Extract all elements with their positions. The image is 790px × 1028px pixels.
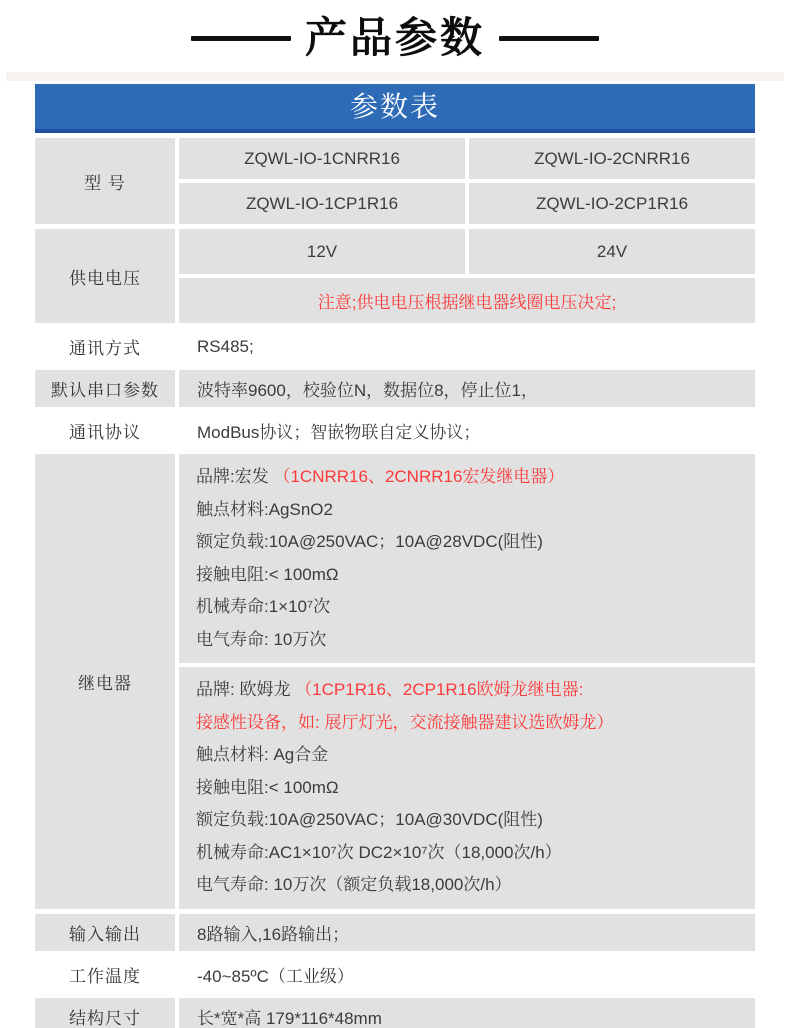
row-io: 输入输出 8路输入,16路输出； [35,914,755,951]
serial-params-value: 波特率9600，校验位N，数据位8，停止位1， [179,370,755,407]
model-cell-2cp1r16: ZQWL-IO-2CP1R16 [469,183,755,224]
relay-spec-line: 额定负载:10A@250VAC；10A@28VDC(阻性) [196,526,745,559]
relay-spec-line: 触点材料:AgSnO2 [196,494,745,527]
temperature-value: -40~85ºC（工业级） [179,956,755,993]
voltage-row-label: 供电电压 [35,229,175,323]
relay-brand-note: （1CP1R16、2CP1R16欧姆龙继电器: [295,680,583,699]
product-params-page: 产品参数 参数表 型 号 ZQWL-IO-1CNRR16 ZQWL-IO-2CN… [0,0,790,1028]
protocol-label: 通讯协议 [35,412,175,449]
relay-section-hongfa: 品牌:宏发 （1CNRR16、2CNRR16宏发继电器） 触点材料:AgSnO2… [179,454,755,663]
row-dimensions: 结构尺寸 长*宽*高 179*116*48mm [35,998,755,1028]
model-cell-1cp1r16: ZQWL-IO-1CP1R16 [179,183,465,224]
comm-method-label: 通讯方式 [35,328,175,365]
relay-brand-note-2: 接感性设备，如: 展厅灯光，交流接触器建议选欧姆龙） [196,707,745,740]
relay-spec-line: 额定负载:10A@250VAC；10A@30VDC(阻性) [196,804,745,837]
model-cell-1cnrr16: ZQWL-IO-1CNRR16 [179,138,465,179]
page-title: 产品参数 [305,14,485,62]
row-comm-method: 通讯方式 RS485; [35,328,755,365]
protocol-value: ModBus协议；智嵌物联自定义协议； [179,412,755,449]
table-header: 参数表 [35,84,755,133]
row-model: 型 号 ZQWL-IO-1CNRR16 ZQWL-IO-2CNRR16 ZQWL… [35,138,755,224]
relay-brand: 品牌: 欧姆龙 [196,680,290,699]
voltage-cell-24v: 24V [469,229,755,274]
voltage-warning-note: 注意;供电电压根据继电器线圈电压决定; [179,278,755,323]
relay-spec-line: 接触电阻:< 100mΩ [196,559,745,592]
dimensions-label: 结构尺寸 [35,998,175,1028]
row-relay: 继电器 品牌:宏发 （1CNRR16、2CNRR16宏发继电器） 触点材料:Ag… [35,454,755,909]
title-dash-right [499,36,599,41]
model-cell-2cnrr16: ZQWL-IO-2CNRR16 [469,138,755,179]
serial-params-label: 默认串口参数 [35,370,175,407]
relay-row-label: 继电器 [35,454,175,909]
spec-table: 参数表 型 号 ZQWL-IO-1CNRR16 ZQWL-IO-2CNRR16 … [35,84,755,1028]
page-title-block: 产品参数 [0,0,790,64]
row-serial-params: 默认串口参数 波特率9600，校验位N，数据位8，停止位1， [35,370,755,407]
relay-brand-line: 品牌:宏发 （1CNRR16、2CNRR16宏发继电器） [196,461,745,494]
relay-spec-line: 接触电阻:< 100mΩ [196,772,745,805]
row-protocol: 通讯协议 ModBus协议；智嵌物联自定义协议； [35,412,755,449]
model-row-label: 型 号 [35,138,175,224]
relay-section-omron: 品牌: 欧姆龙 （1CP1R16、2CP1R16欧姆龙继电器: 接感性设备，如:… [179,667,755,909]
io-value: 8路输入,16路输出； [179,914,755,951]
relay-brand: 品牌:宏发 [196,467,269,486]
voltage-cell-12v: 12V [179,229,465,274]
relay-spec-line: 电气寿命: 10万次（额定负载18,000次/h） [196,869,745,902]
row-temperature: 工作温度 -40~85ºC（工业级） [35,956,755,993]
section-divider-band [6,72,784,81]
relay-brand-note: （1CNRR16、2CNRR16宏发继电器） [273,467,564,486]
temperature-label: 工作温度 [35,956,175,993]
io-label: 输入输出 [35,914,175,951]
comm-method-value: RS485; [179,328,755,365]
row-voltage: 供电电压 12V 24V 注意;供电电压根据继电器线圈电压决定; [35,229,755,323]
relay-sections: 品牌:宏发 （1CNRR16、2CNRR16宏发继电器） 触点材料:AgSnO2… [179,454,755,909]
relay-spec-line: 电气寿命: 10万次 [196,624,745,657]
relay-spec-line: 触点材料: Ag合金 [196,739,745,772]
relay-spec-line: 机械寿命:1×10⁷次 [196,591,745,624]
title-dash-left [191,36,291,41]
relay-spec-line: 机械寿命:AC1×10⁷次 DC2×10⁷次（18,000次/h） [196,837,745,870]
dimensions-value: 长*宽*高 179*116*48mm [179,998,755,1028]
relay-brand-line: 品牌: 欧姆龙 （1CP1R16、2CP1R16欧姆龙继电器: [196,674,745,707]
